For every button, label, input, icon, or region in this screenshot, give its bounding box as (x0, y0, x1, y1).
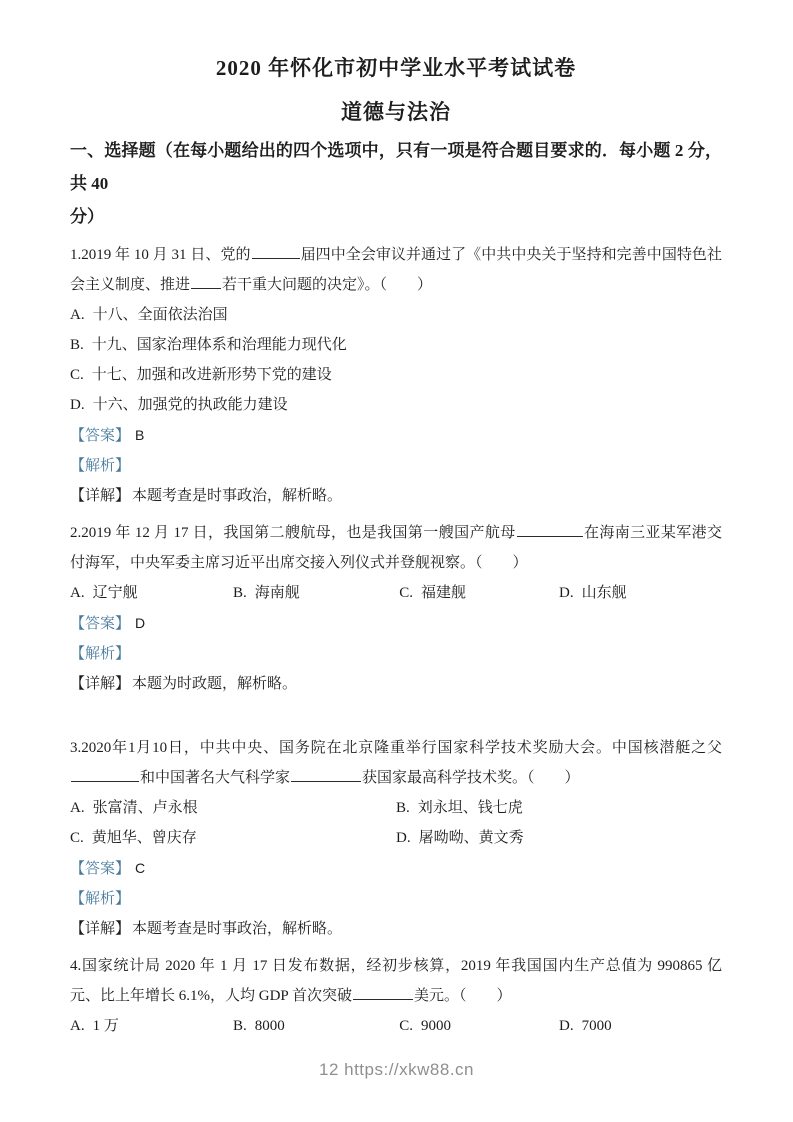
detail-text: 本题考查是时事政治，解析略。 (132, 488, 342, 504)
question-block-2: 2.2019 年 12 月 17 日，我国第二艘航母，也是我国第一艘国产航母在海… (70, 518, 722, 699)
page-title: 2020 年怀化市初中学业水平考试试卷 (70, 52, 722, 84)
option-text: 9000 (421, 1018, 451, 1034)
detail-text: 本题考查是时事政治，解析略。 (132, 921, 342, 937)
option-text: 福建舰 (421, 585, 466, 601)
option-item: B.8000 (233, 1011, 399, 1041)
question-stem: 2.2019 年 12 月 17 日，我国第二艘航母，也是我国第一艘国产航母在海… (70, 518, 722, 578)
exam-document-page: 2020 年怀化市初中学业水平考试试卷 道德与法治 一、选择题（在每小题给出的四… (0, 0, 793, 1122)
option-label: C. (399, 1018, 413, 1034)
option-label: B. (233, 1018, 247, 1034)
page-footer: 12 https://xkw88.cn (0, 1060, 793, 1080)
stem-text: 若干重大问题的决定》。（ ） (222, 277, 432, 293)
detail-text: 本题为时政题，解析略。 (132, 676, 297, 692)
option-label: C. (70, 367, 84, 383)
answer-value: D (135, 615, 145, 631)
fill-in-blank (353, 985, 413, 1000)
option-item: A.辽宁舰 (70, 578, 233, 608)
stem-text: 3.2020年1月10日，中共中央、国务院在北京隆重举行国家科学技术奖励大会。中… (70, 740, 722, 756)
question-block-1: 1.2019 年 10 月 31 日、党的届四中全会审议并通过了《中共中央关于坚… (70, 240, 722, 511)
questions-list: 1.2019 年 10 月 31 日、党的届四中全会审议并通过了《中共中央关于坚… (70, 240, 722, 1041)
options-group: A.辽宁舰B.海南舰C.福建舰D.山东舰 (70, 578, 722, 608)
question-stem: 3.2020年1月10日，中共中央、国务院在北京隆重举行国家科学技术奖励大会。中… (70, 733, 722, 793)
question-stem: 1.2019 年 10 月 31 日、党的届四中全会审议并通过了《中共中央关于坚… (70, 240, 722, 300)
answer-label: 【答案】 (70, 428, 130, 444)
option-label: D. (70, 397, 85, 413)
option-item: A.张富清、卢永根 (70, 793, 396, 823)
option-label: C. (399, 585, 413, 601)
stem-text: 1.2019 年 10 月 31 日、党的 (70, 247, 251, 263)
option-text: 辽宁舰 (93, 585, 138, 601)
fill-in-blank (291, 767, 361, 782)
option-label: D. (559, 585, 574, 601)
option-item: D.山东舰 (559, 578, 729, 608)
option-label: B. (70, 337, 84, 353)
option-label: C. (70, 830, 84, 846)
answer-line: 【答案】D (70, 608, 722, 639)
options-group: A.张富清、卢永根B.刘永坦、钱七虎C.黄旭华、曾庆存D.屠呦呦、黄文秀 (70, 793, 722, 853)
option-label: A. (70, 1018, 85, 1034)
option-text: 8000 (255, 1018, 285, 1034)
analysis-line: 【解析】 (70, 884, 722, 914)
option-item: D.7000 (559, 1011, 729, 1041)
option-label: A. (70, 307, 85, 323)
option-text: 十六、加强党的执政能力建设 (93, 397, 288, 413)
option-text: 7000 (582, 1018, 612, 1034)
option-item: C.十七、加强和改进新形势下党的建设 (70, 360, 722, 390)
answer-line: 【答案】B (70, 420, 722, 451)
option-text: 黄旭华、曾庆存 (92, 830, 197, 846)
fill-in-blank (191, 274, 221, 289)
option-label: D. (396, 830, 411, 846)
analysis-label: 【解析】 (70, 458, 130, 474)
stem-text: 获国家最高科学技术奖。（ ） (362, 770, 580, 786)
option-item: B.刘永坦、钱七虎 (396, 793, 722, 823)
option-text: 刘永坦、钱七虎 (418, 800, 523, 816)
analysis-line: 【解析】 (70, 451, 722, 481)
detail-label: 【详解】 (70, 921, 130, 937)
answer-line: 【答案】C (70, 853, 722, 884)
option-text: 1 万 (93, 1018, 119, 1034)
detail-line: 【详解】本题为时政题，解析略。 (70, 669, 722, 699)
option-text: 山东舰 (582, 585, 627, 601)
detail-label: 【详解】 (70, 488, 130, 504)
option-text: 十七、加强和改进新形势下党的建设 (92, 367, 332, 383)
fill-in-blank (252, 244, 300, 259)
option-item: C.9000 (399, 1011, 559, 1041)
option-item: B.十九、国家治理体系和治理能力现代化 (70, 330, 722, 360)
option-item: A.1 万 (70, 1011, 233, 1041)
option-item: C.福建舰 (399, 578, 559, 608)
detail-line: 【详解】本题考查是时事政治，解析略。 (70, 914, 722, 944)
analysis-label: 【解析】 (70, 891, 130, 907)
option-label: A. (70, 585, 85, 601)
option-item: C.黄旭华、曾庆存 (70, 823, 396, 853)
answer-label: 【答案】 (70, 861, 130, 877)
option-item: D.屠呦呦、黄文秀 (396, 823, 722, 853)
page-content: 2020 年怀化市初中学业水平考试试卷 道德与法治 一、选择题（在每小题给出的四… (0, 0, 793, 1041)
detail-label: 【详解】 (70, 676, 130, 692)
options-group: A.十八、全面依法治国B.十九、国家治理体系和治理能力现代化C.十七、加强和改进… (70, 300, 722, 420)
analysis-label: 【解析】 (70, 646, 130, 662)
fill-in-blank (517, 522, 583, 537)
option-item: B.海南舰 (233, 578, 399, 608)
option-text: 张富清、卢永根 (93, 800, 198, 816)
option-text: 海南舰 (255, 585, 300, 601)
options-group: A.1 万B.8000C.9000D.7000 (70, 1011, 722, 1041)
option-item: D.十六、加强党的执政能力建设 (70, 390, 722, 420)
option-text: 屠呦呦、黄文秀 (419, 830, 524, 846)
stem-text: 美元。（ ） (414, 988, 512, 1004)
fill-in-blank (71, 767, 139, 782)
detail-line: 【详解】本题考查是时事政治，解析略。 (70, 481, 722, 511)
option-item: A.十八、全面依法治国 (70, 300, 722, 330)
option-label: B. (396, 800, 410, 816)
answer-value: C (135, 860, 145, 876)
option-text: 十八、全面依法治国 (93, 307, 228, 323)
option-label: D. (559, 1018, 574, 1034)
page-subtitle: 道德与法治 (70, 96, 722, 128)
answer-value: B (135, 427, 144, 443)
analysis-line: 【解析】 (70, 639, 722, 669)
section-heading-line1: 一、选择题（在每小题给出的四个选项中，只有一项是符合题目要求的．每小题 2 分，… (70, 134, 722, 200)
question-block-3: 3.2020年1月10日，中共中央、国务院在北京隆重举行国家科学技术奖励大会。中… (70, 733, 722, 944)
option-text: 十九、国家治理体系和治理能力现代化 (92, 337, 347, 353)
option-label: A. (70, 800, 85, 816)
section-heading: 一、选择题（在每小题给出的四个选项中，只有一项是符合题目要求的．每小题 2 分，… (70, 134, 722, 233)
answer-label: 【答案】 (70, 616, 130, 632)
option-label: B. (233, 585, 247, 601)
question-stem: 4.国家统计局 2020 年 1 月 17 日发布数据，经初步核算，2019 年… (70, 951, 722, 1011)
question-block-4: 4.国家统计局 2020 年 1 月 17 日发布数据，经初步核算，2019 年… (70, 951, 722, 1041)
section-heading-line2: 分） (70, 200, 722, 233)
stem-text: 和中国著名大气科学家 (140, 770, 290, 786)
stem-text: 2.2019 年 12 月 17 日，我国第二艘航母，也是我国第一艘国产航母 (70, 525, 516, 541)
